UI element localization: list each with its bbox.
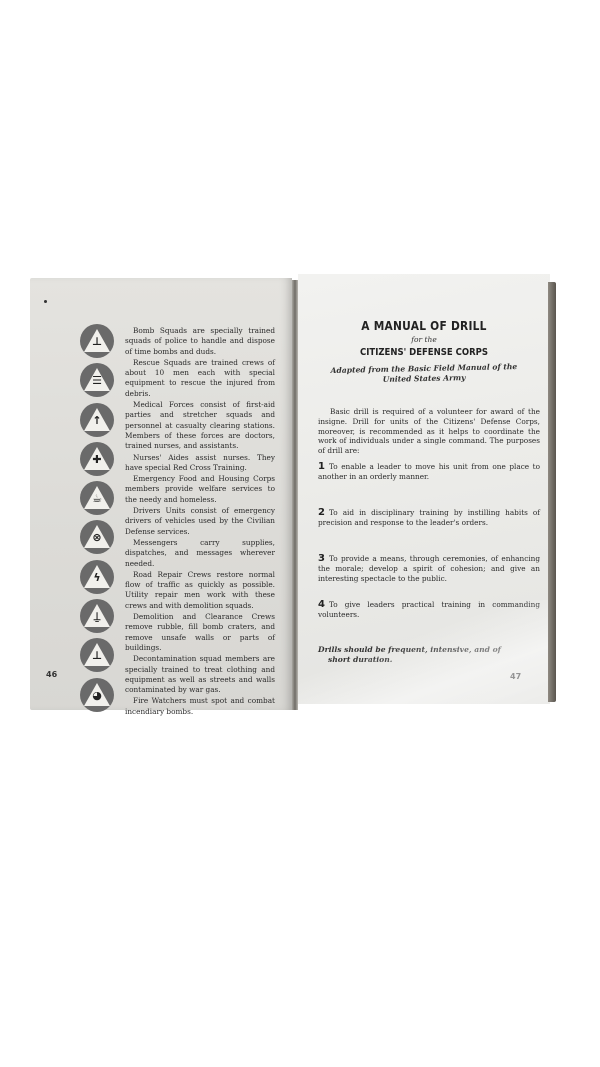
pickaxe-icon: ⊥ xyxy=(80,638,114,672)
page-subtitle: CITIZENS' DEFENSE CORPS xyxy=(325,347,522,358)
drill-purpose-item: 1To enable a leader to move his unit fro… xyxy=(318,462,540,482)
service-paragraph: Medical Forces consist of first-aid part… xyxy=(125,400,275,451)
icon-glyph: ⍊ xyxy=(80,610,114,624)
icon-glyph: ☕ xyxy=(80,492,114,506)
services-text: Bomb Squads are specially trained squads… xyxy=(125,326,275,718)
service-paragraph: Emergency Food and Housing Corps members… xyxy=(125,474,275,505)
service-paragraph: Drivers Units consist of emergency drive… xyxy=(125,506,275,537)
closing-line: short duration. xyxy=(318,655,540,665)
rescue-ladder-icon: ☰ xyxy=(80,363,114,397)
cover-edge xyxy=(548,282,556,702)
bomb-squad-icon: ⊥ xyxy=(80,324,114,358)
icon-glyph: ☰ xyxy=(80,374,114,388)
icon-glyph: ✚ xyxy=(80,453,114,467)
food-cup-icon: ☕ xyxy=(80,481,114,515)
item-text: To give leaders practical training in co… xyxy=(318,600,540,619)
item-number: 2 xyxy=(318,507,325,518)
icon-glyph: ⊗ xyxy=(80,531,114,545)
medical-arrow-icon: ↑ xyxy=(80,403,114,437)
page-number-left: 46 xyxy=(46,670,57,679)
closing-line: Drills should be frequent, intensive, an… xyxy=(318,645,540,655)
icon-glyph: ⊥ xyxy=(80,649,114,663)
service-paragraph: Bomb Squads are specially trained squads… xyxy=(125,326,275,357)
lightning-icon: ϟ xyxy=(80,560,114,594)
icon-glyph: ↑ xyxy=(80,414,114,428)
item-text: To provide a means, through ceremonies, … xyxy=(318,554,540,583)
closing-note: Drills should be frequent, intensive, an… xyxy=(318,645,540,665)
icon-glyph: ◕ xyxy=(80,689,114,703)
service-paragraph: Decontamination squad members are specia… xyxy=(125,654,275,695)
item-text: To aid in disciplinary training by insti… xyxy=(318,508,540,527)
item-text: To enable a leader to move his unit from… xyxy=(318,462,540,481)
service-paragraph: Rescue Squads are trained crews of about… xyxy=(125,358,275,399)
red-cross-icon: ✚ xyxy=(80,442,114,476)
service-icons-column: ⊥☰↑✚☕⊗ϟ⍊⊥◕ xyxy=(80,324,120,717)
item-number: 1 xyxy=(318,461,325,472)
icon-glyph: ϟ xyxy=(80,571,114,585)
intro-paragraph: Basic drill is required of a volunteer f… xyxy=(318,407,540,456)
decontamination-icon: ◕ xyxy=(80,678,114,712)
page-mark xyxy=(44,300,47,303)
left-page: ⊥☰↑✚☕⊗ϟ⍊⊥◕ Bomb Squads are specially tra… xyxy=(30,278,292,710)
service-paragraph: Fire Watchers must spot and combat incen… xyxy=(125,696,275,717)
shovel-icon: ⍊ xyxy=(80,599,114,633)
service-paragraph: Road Repair Crews restore normal flow of… xyxy=(125,570,275,611)
source-note: Adapted from the Basic Field Manual of t… xyxy=(308,362,540,387)
steering-wheel-icon: ⊗ xyxy=(80,520,114,554)
drill-purpose-item: 2To aid in disciplinary training by inst… xyxy=(318,508,540,528)
page-title: A MANUAL OF DRILL xyxy=(325,318,522,333)
right-page: A MANUAL OF DRILL for the CITIZENS' DEFE… xyxy=(298,274,550,704)
item-number: 4 xyxy=(318,599,325,610)
drill-purpose-item: 4To give leaders practical training in c… xyxy=(318,600,540,620)
drill-purpose-item: 3To provide a means, through ceremonies,… xyxy=(318,554,540,584)
icon-glyph: ⊥ xyxy=(80,335,114,349)
item-number: 3 xyxy=(318,553,325,564)
service-paragraph: Demolition and Clearance Crews remove ru… xyxy=(125,612,275,653)
open-booklet: ⊥☰↑✚☕⊗ϟ⍊⊥◕ Bomb Squads are specially tra… xyxy=(30,270,558,712)
title-connector: for the xyxy=(308,335,540,344)
page-number-right: 47 xyxy=(510,672,521,681)
service-paragraph: Messengers carry supplies, dispatches, a… xyxy=(125,538,275,569)
service-paragraph: Nurses' Aides assist nurses. They have s… xyxy=(125,453,275,474)
